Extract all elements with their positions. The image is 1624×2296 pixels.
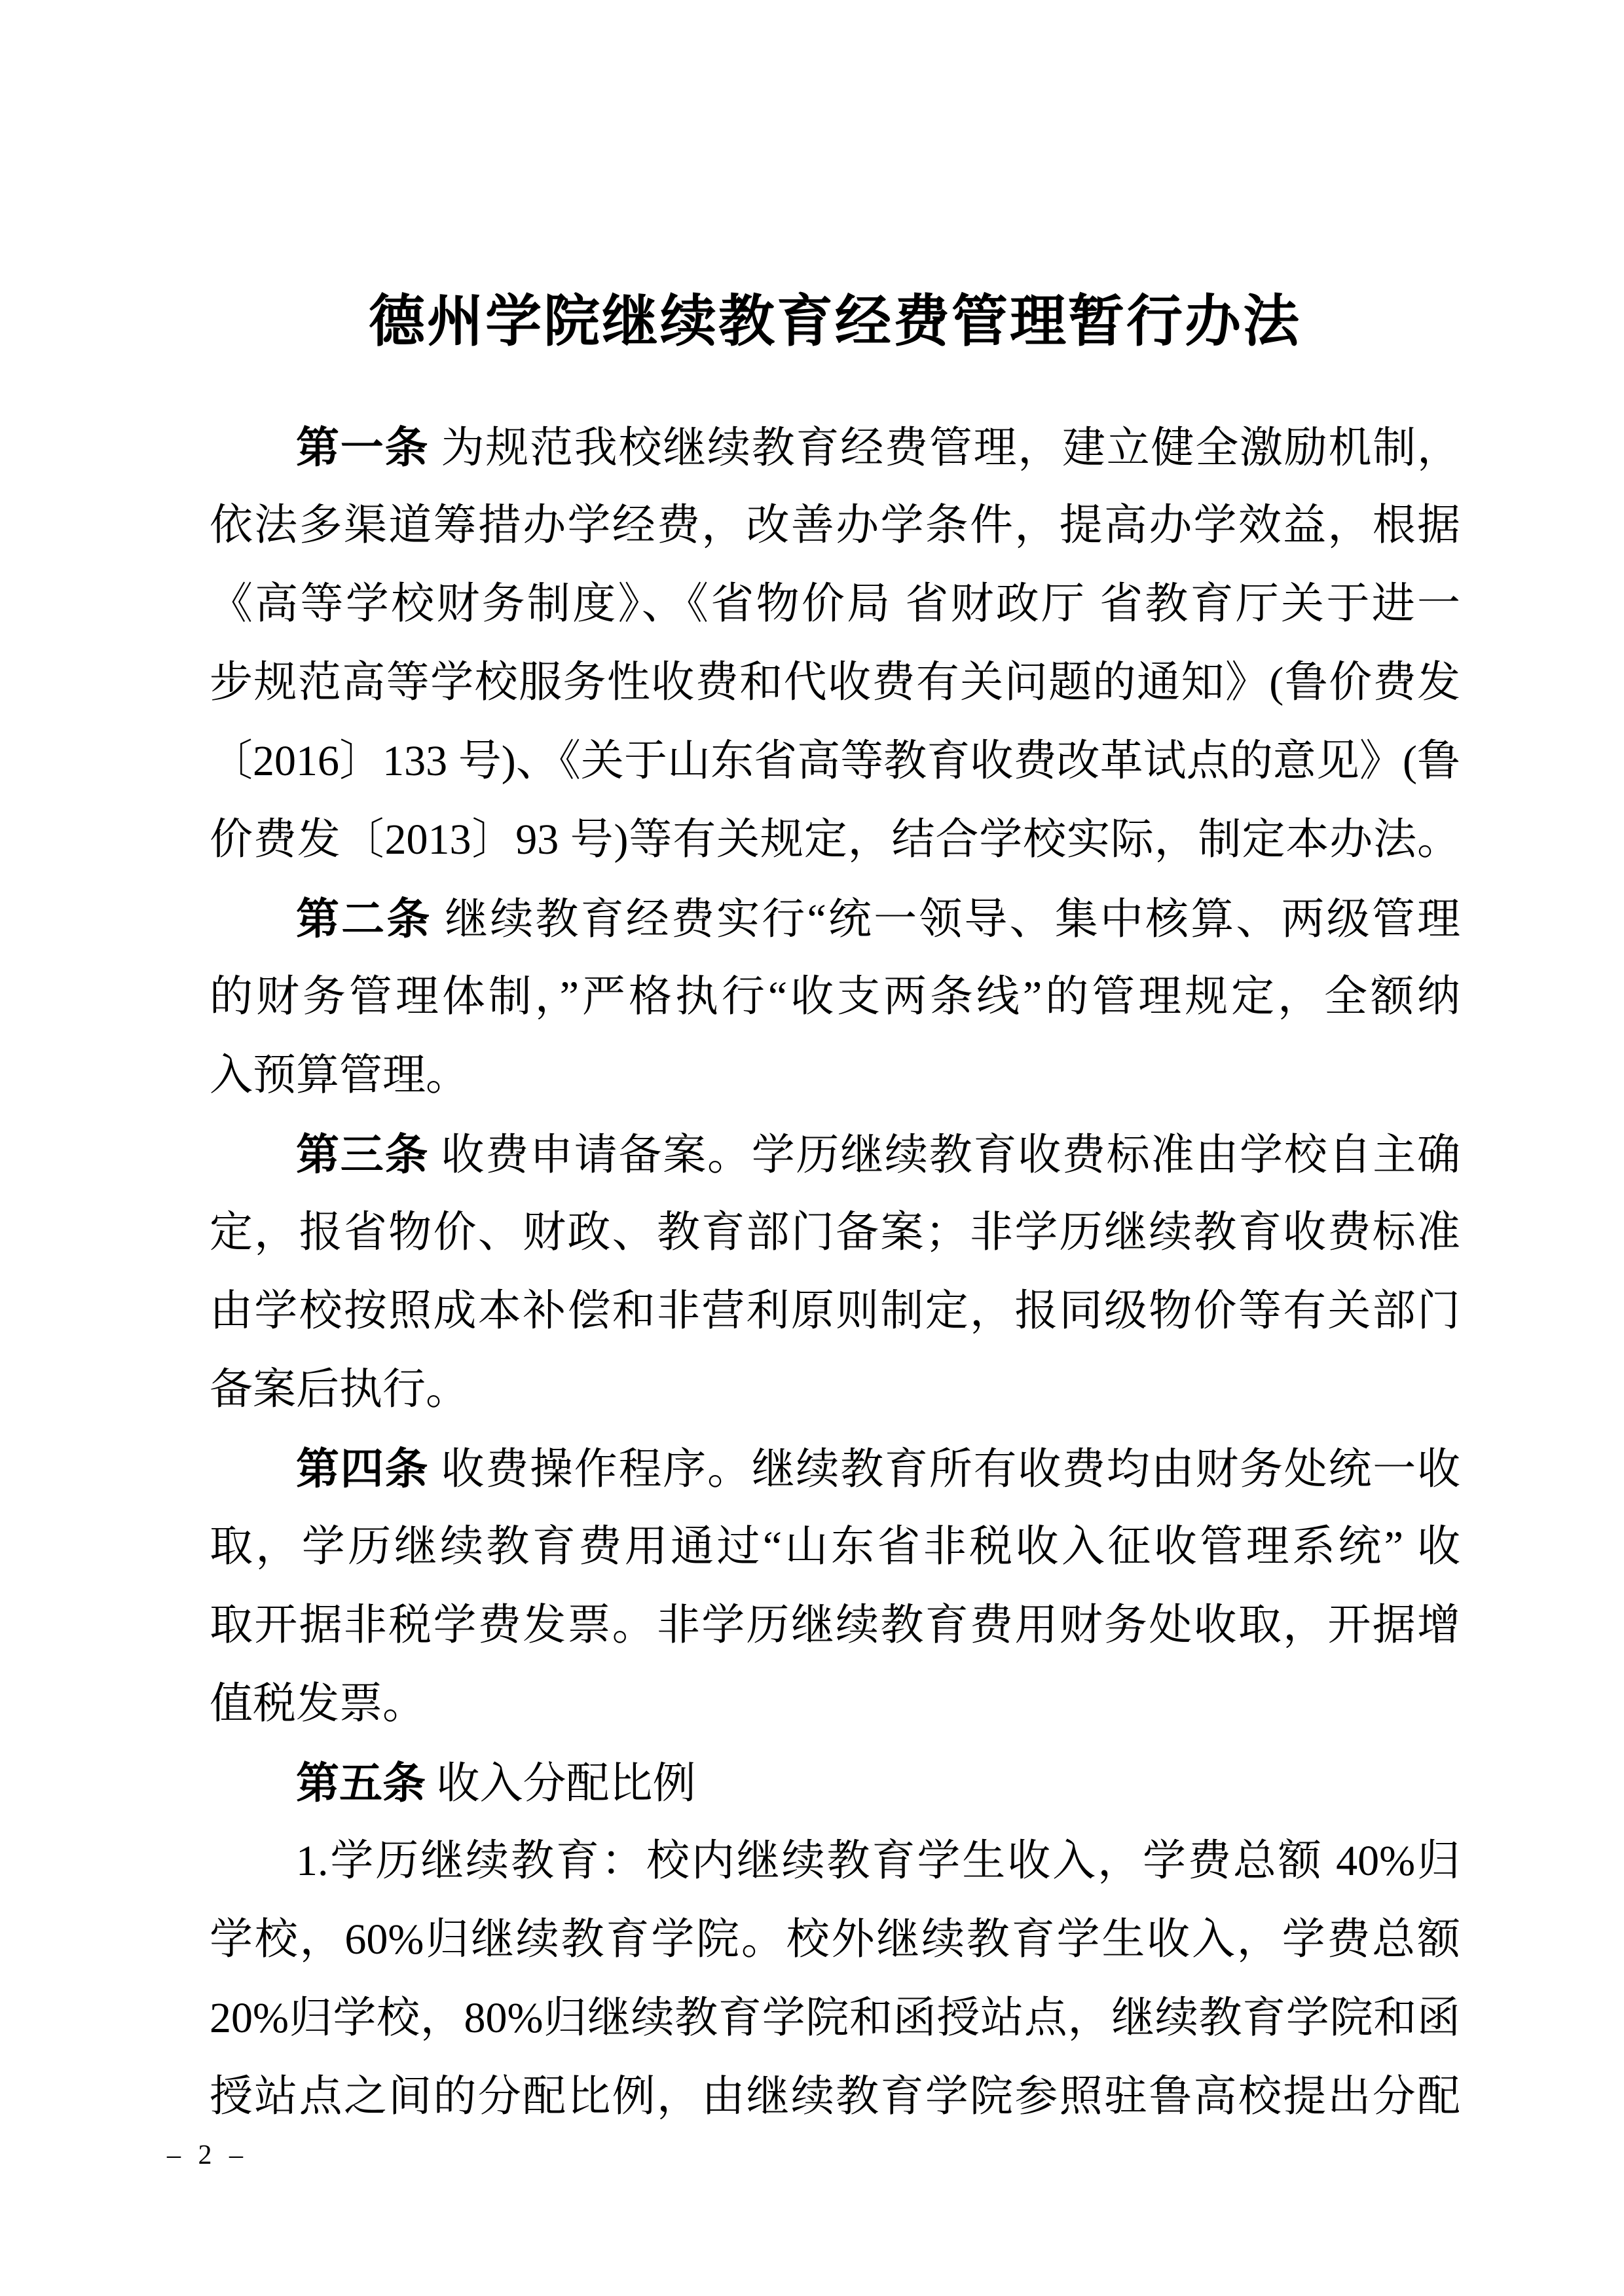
text-line: 学校，60%归继续教育学院。校外继续教育学生收入，学费总额 <box>210 1901 1460 1979</box>
text-line: 第五条 收入分配比例 <box>210 1743 1460 1822</box>
article-number: 第二条 <box>296 894 432 943</box>
text-line: 取开据非税学费发票。非学历继续教育费用财务处收取，开据增 <box>210 1586 1460 1665</box>
text-segment: 学校，60%归继续教育学院。校外继续教育学生收入，学费总额 <box>210 1916 1460 1963</box>
document-title: 德州学院继续教育经费管理暂行办法 <box>210 285 1460 357</box>
document-body: 第一条 为规范我校继续教育经费管理，建立健全激励机制，依法多渠道筹措办学经费，改… <box>210 408 1460 2136</box>
text-line: 步规范高等学校服务性收费和代收费有关问题的通知》(鲁价费发 <box>210 644 1460 722</box>
article-number: 第三条 <box>296 1130 429 1178</box>
text-line: 授站点之间的分配比例，由继续教育学院参照驻鲁高校提出分配 <box>210 2058 1460 2136</box>
text-line: 备案后执行。 <box>210 1351 1460 1429</box>
text-segment: 的财务管理体制，”严格执行“收支两条线”的管理规定，全额纳 <box>210 973 1460 1021</box>
text-line: 第二条 继续教育经费实行“统一领导、集中核算、两级管理 <box>210 879 1460 958</box>
text-segment: 定，报省物价、财政、教育部门备案；非学历继续教育收费标准 <box>210 1209 1460 1256</box>
text-segment: 步规范高等学校服务性收费和代收费有关问题的通知》(鲁价费发 <box>210 659 1460 706</box>
document-page: 德州学院继续教育经费管理暂行办法 第一条 为规范我校继续教育经费管理，建立健全激… <box>0 0 1624 2296</box>
text-segment: 由学校按照成本补偿和非营利原则制定，报同级物价等有关部门 <box>210 1287 1460 1335</box>
text-line: 第四条 收费操作程序。继续教育所有收费均由财务处统一收 <box>210 1429 1460 1508</box>
text-line: 1.学历继续教育：校内继续教育学生收入，学费总额 40%归 <box>210 1822 1460 1901</box>
text-segment: 依法多渠道筹措办学经费，改善办学条件，提高办学效益，根据 <box>210 501 1460 549</box>
text-line: 依法多渠道筹措办学经费，改善办学条件，提高办学效益，根据 <box>210 486 1460 565</box>
text-segment: 《高等学校财务制度》、《省物价局 省财政厅 省教育厅关于进一 <box>210 580 1460 628</box>
text-line: 《高等学校财务制度》、《省物价局 省财政厅 省教育厅关于进一 <box>210 565 1460 644</box>
text-segment: 授站点之间的分配比例，由继续教育学院参照驻鲁高校提出分配 <box>210 2073 1460 2121</box>
text-segment: 入预算管理。 <box>210 1051 469 1099</box>
text-segment: 取开据非税学费发票。非学历继续教育费用财务处收取，开据增 <box>210 1601 1460 1649</box>
text-segment: 值税发票。 <box>210 1680 426 1728</box>
text-line: 第一条 为规范我校继续教育经费管理，建立健全激励机制， <box>210 408 1460 486</box>
article-number: 第四条 <box>296 1444 429 1493</box>
text-line: 价费发〔2013〕93 号)等有关规定，结合学校实际，制定本办法。 <box>210 801 1460 879</box>
text-segment: 收入分配比例 <box>426 1760 696 1808</box>
text-segment: 为规范我校继续教育经费管理，建立健全激励机制， <box>429 424 1460 472</box>
text-segment: 〔2016〕133 号)、《关于山东省高等教育收费改革试点的意见》(鲁 <box>210 737 1460 785</box>
text-segment: 备案后执行。 <box>210 1366 469 1413</box>
text-line: 由学校按照成本补偿和非营利原则制定，报同级物价等有关部门 <box>210 1272 1460 1351</box>
text-segment: 继续教育经费实行“统一领导、集中核算、两级管理 <box>432 896 1461 943</box>
page-number: – 2 – <box>167 2136 248 2175</box>
article-number: 第五条 <box>296 1758 426 1807</box>
text-line: 的财务管理体制，”严格执行“收支两条线”的管理规定，全额纳 <box>210 958 1460 1036</box>
text-line: 入预算管理。 <box>210 1036 1460 1115</box>
text-segment: 20%归学校，80%归继续教育学院和函授站点，继续教育学院和函 <box>210 1994 1460 2042</box>
text-line: 第三条 收费申请备案。学历继续教育收费标准由学校自主确 <box>210 1115 1460 1194</box>
text-line: 取，学历继续教育费用通过“山东省非税收入征收管理系统” 收 <box>210 1508 1460 1586</box>
text-segment: 取，学历继续教育费用通过“山东省非税收入征收管理系统” 收 <box>210 1523 1460 1571</box>
text-segment: 价费发〔2013〕93 号)等有关规定，结合学校实际，制定本办法。 <box>210 816 1460 864</box>
text-line: 值税发票。 <box>210 1665 1460 1743</box>
text-segment: 收费操作程序。继续教育所有收费均由财务处统一收 <box>429 1446 1460 1493</box>
text-line: 〔2016〕133 号)、《关于山东省高等教育收费改革试点的意见》(鲁 <box>210 722 1460 801</box>
text-segment: 1.学历继续教育：校内继续教育学生收入，学费总额 40%归 <box>296 1837 1460 1885</box>
text-line: 定，报省物价、财政、教育部门备案；非学历继续教育收费标准 <box>210 1194 1460 1272</box>
article-number: 第一条 <box>296 423 429 471</box>
text-line: 20%归学校，80%归继续教育学院和函授站点，继续教育学院和函 <box>210 1979 1460 2058</box>
text-segment: 收费申请备案。学历继续教育收费标准由学校自主确 <box>429 1131 1460 1179</box>
